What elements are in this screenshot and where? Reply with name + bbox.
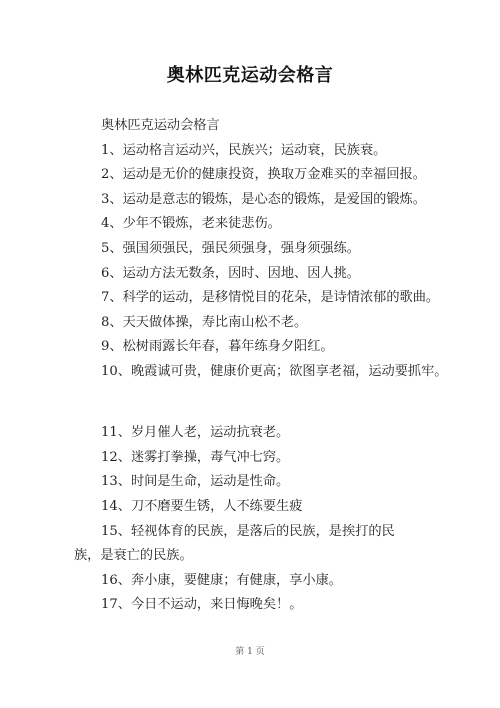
- list-item: 16、奔小康，要健康；有健康，享小康。: [74, 569, 430, 594]
- list-item: 2、运动是无价的健康投资，换取万金难买的幸福回报。: [74, 163, 430, 188]
- page-number: 第 1 页: [0, 644, 500, 657]
- list-item: 17、今日不运动，来日悔晚矣！。: [74, 593, 430, 618]
- document-body: 奥林匹克运动会格言 1、运动格言运动兴，民族兴；运动衰，民族衰。 2、运动是无价…: [74, 114, 430, 618]
- subtitle: 奥林匹克运动会格言: [74, 114, 430, 139]
- list-item: 13、时间是生命，运动是性命。: [74, 470, 430, 495]
- paragraph-gap: [74, 385, 430, 410]
- list-item: 7、科学的运动，是移情悦目的花朵，是诗情浓郁的歌曲。: [74, 286, 430, 311]
- list-item: 14、刀不磨要生锈，人不练要生疲: [74, 495, 430, 520]
- list-item: 12、迷雾打拳操，毒气冲七窍。: [74, 446, 430, 471]
- list-item: 10、晚霞诚可贵，健康价更高；欲图享老福，运动要抓牢。: [74, 360, 430, 385]
- list-item: 1、运动格言运动兴，民族兴；运动衰，民族衰。: [74, 139, 430, 164]
- list-item: 15、轻视体育的民族，是落后的民族，是挨打的民族，是衰亡的民族。: [74, 520, 420, 569]
- list-item: 3、运动是意志的锻炼，是心态的锻炼，是爱国的锻炼。: [74, 188, 430, 213]
- list-item: 4、少年不锻炼，老来徒悲伤。: [74, 212, 430, 237]
- document-page: 奥林匹克运动会格言 奥林匹克运动会格言 1、运动格言运动兴，民族兴；运动衰，民族…: [0, 0, 500, 708]
- list-item: 5、强国须强民，强民须强身，强身须强练。: [74, 237, 430, 262]
- list-item: 9、松树雨露长年春，暮年练身夕阳红。: [74, 335, 430, 360]
- list-item: 8、天天做体操，寿比南山松不老。: [74, 311, 430, 336]
- document-title: 奥林匹克运动会格言: [0, 64, 500, 88]
- list-item: 11、岁月催人老，运动抗衰老。: [74, 421, 430, 446]
- paragraph-gap: [74, 409, 430, 421]
- list-item: 6、运动方法无数条，因时、因地、因人挑。: [74, 262, 430, 287]
